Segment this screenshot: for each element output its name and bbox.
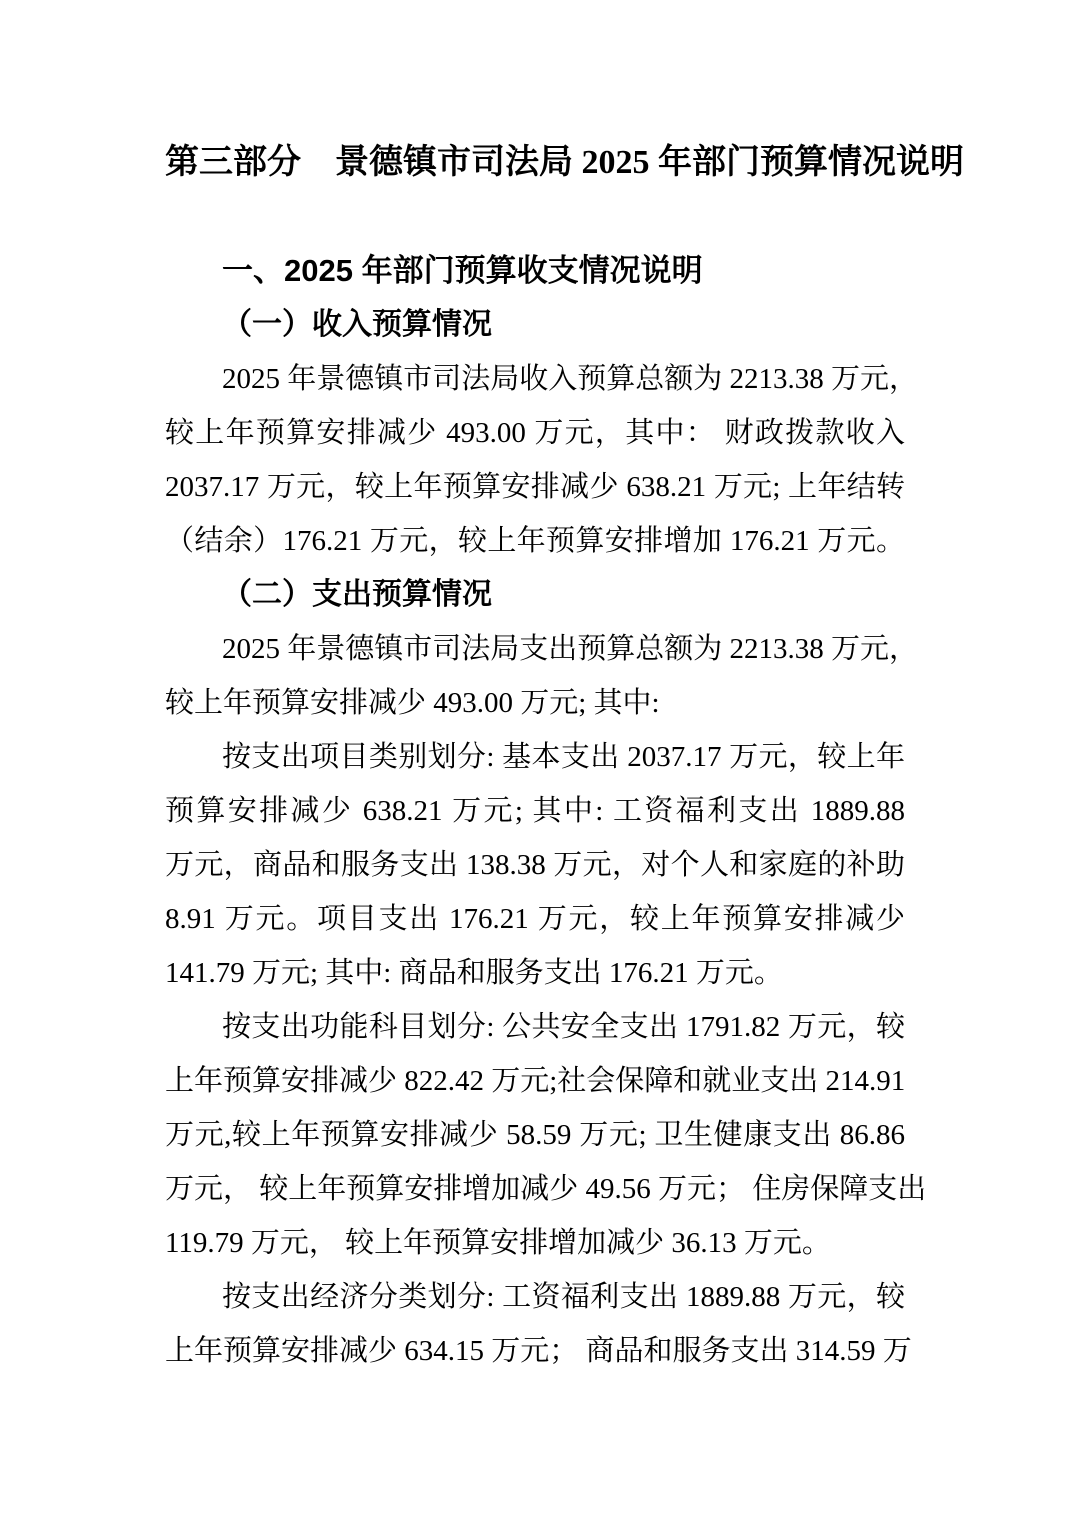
paragraph-line: 预算安排减少 638.21 万元; 其中: 工资福利支出 1889.88 <box>165 784 905 838</box>
paragraph-line: 2037.17 万元，较上年预算安排减少 638.21 万元; 上年结转 <box>165 460 905 514</box>
paragraph-line: 8.91 万元。项目支出 176.21 万元，较上年预算安排减少 <box>165 892 905 946</box>
paragraph-line: 按支出经济分类划分: 工资福利支出 1889.88 万元，较 <box>165 1270 905 1324</box>
paragraph-line: 万元， 较上年预算安排增加减少 49.56 万元； 住房保障支出 <box>165 1162 905 1216</box>
paragraph-line: 万元，商品和服务支出 138.38 万元，对个人和家庭的补助 <box>165 838 905 892</box>
document-body: 一、2025 年部门预算收支情况说明（一）收入预算情况2025 年景德镇市司法局… <box>165 244 905 1378</box>
paragraph-line: 按支出功能科目划分: 公共安全支出 1791.82 万元，较 <box>165 1000 905 1054</box>
subsection-heading: （一）收入预算情况 <box>165 298 905 352</box>
document-content: 第三部分 景德镇市司法局 2025 年部门预算情况说明 一、2025 年部门预算… <box>165 136 905 1378</box>
paragraph-line: 较上年预算安排减少 493.00 万元，其中： 财政拨款收入 <box>165 406 905 460</box>
subsection-heading: （二）支出预算情况 <box>165 568 905 622</box>
paragraph-line: 2025 年景德镇市司法局收入预算总额为 2213.38 万元， <box>165 352 905 406</box>
paragraph-line: 万元,较上年预算安排减少 58.59 万元; 卫生健康支出 86.86 <box>165 1108 905 1162</box>
paragraph-line: （结余）176.21 万元，较上年预算安排增加 176.21 万元。 <box>165 514 905 568</box>
paragraph-line: 按支出项目类别划分: 基本支出 2037.17 万元，较上年 <box>165 730 905 784</box>
paragraph-line: 上年预算安排减少 634.15 万元； 商品和服务支出 314.59 万 <box>165 1324 905 1378</box>
paragraph-line: 上年预算安排减少 822.42 万元;社会保障和就业支出 214.91 <box>165 1054 905 1108</box>
paragraph-line: 2025 年景德镇市司法局支出预算总额为 2213.38 万元， <box>165 622 905 676</box>
document-title: 第三部分 景德镇市司法局 2025 年部门预算情况说明 <box>165 136 905 190</box>
paragraph-line: 141.79 万元; 其中: 商品和服务支出 176.21 万元。 <box>165 946 905 1000</box>
document-page: 第三部分 景德镇市司法局 2025 年部门预算情况说明 一、2025 年部门预算… <box>0 0 1074 1520</box>
paragraph-line: 119.79 万元， 较上年预算安排增加减少 36.13 万元。 <box>165 1216 905 1270</box>
paragraph-line: 较上年预算安排减少 493.00 万元; 其中: <box>165 676 905 730</box>
section-heading: 一、2025 年部门预算收支情况说明 <box>165 244 905 298</box>
